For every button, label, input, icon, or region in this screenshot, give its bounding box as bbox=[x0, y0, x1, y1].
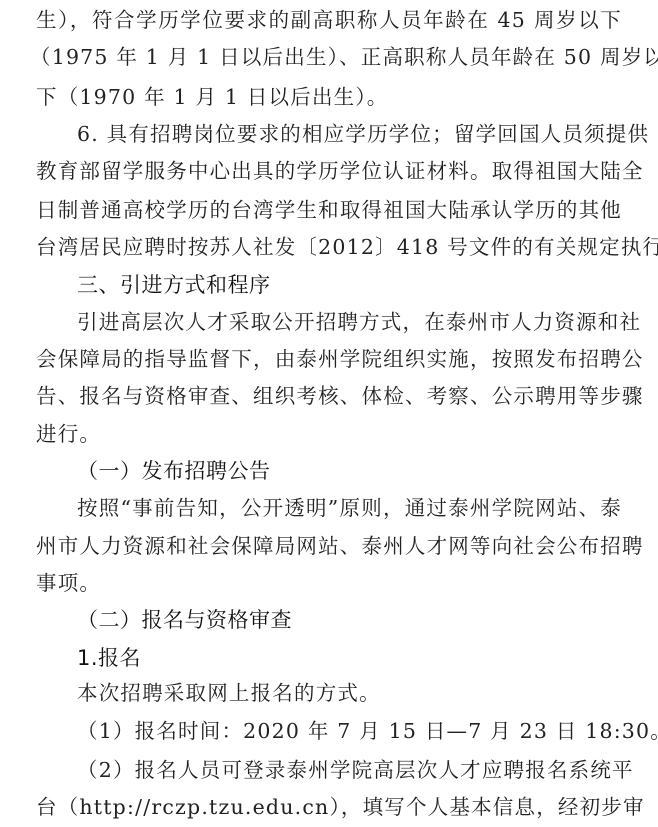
paragraph-line: （1975 年 1 月 1 日以后出生）、正高职称人员年龄在 50 周岁以 bbox=[30, 44, 622, 70]
paragraph-line: 会保障局的指导监督下，由泰州学院组织实施，按照发布招聘公 bbox=[36, 346, 622, 372]
paragraph-line: 教育部留学服务中心出具的学历学位认证材料。取得祖国大陆全 bbox=[36, 158, 622, 184]
paragraph-line: 台湾居民应聘时按苏人社发〔2012〕418 号文件的有关规定执行。 bbox=[36, 234, 622, 260]
paragraph-line: 进行。 bbox=[36, 421, 622, 447]
paragraph-line: 州市人力资源和社会保障局网站、泰州人才网等向社会公布招聘 bbox=[36, 533, 622, 559]
paragraph-line: 告、报名与资格审查、组织考核、体检、考察、公示聘用等步骤 bbox=[36, 383, 622, 409]
paragraph-line: 按照“事前告知，公开透明”原则，通过泰州学院网站、泰 bbox=[77, 495, 622, 521]
paragraph-line: 日制普通高校学历的台湾学生和取得祖国大陆承认学历的其他 bbox=[36, 197, 622, 223]
subsection-heading: （一）发布招聘公告 bbox=[77, 458, 271, 484]
paragraph-line: 引进高层次人才采取公开招聘方式，在泰州市人力资源和社 bbox=[77, 309, 622, 335]
paragraph-line: 本次招聘采取网上报名的方式。 bbox=[77, 680, 381, 706]
paragraph-line: 下（1970 年 1 月 1 日以后出生）。 bbox=[36, 84, 622, 110]
item-heading: 1.报名 bbox=[77, 645, 141, 671]
section-heading: 三、引进方式和程序 bbox=[77, 272, 271, 298]
paragraph-line: 生），符合学历学位要求的副高职称人员年龄在 45 周岁以下 bbox=[36, 7, 622, 33]
paragraph-line: （2）报名人员可登录泰州学院高层次人才应聘报名系统平 bbox=[77, 757, 622, 783]
paragraph-line: 6. 具有招聘岗位要求的相应学历学位；留学回国人员须提供 bbox=[77, 121, 622, 147]
paragraph-line: （1）报名时间：2020 年 7 月 15 日—7 月 23 日 18:30。 bbox=[77, 718, 658, 744]
paragraph-line: 事项。 bbox=[36, 570, 622, 596]
subsection-heading: （二）报名与资格审查 bbox=[77, 607, 292, 633]
paragraph-line: 台（http://rczp.tzu.edu.cn），填写个人基本信息，经初步审 bbox=[36, 794, 622, 820]
